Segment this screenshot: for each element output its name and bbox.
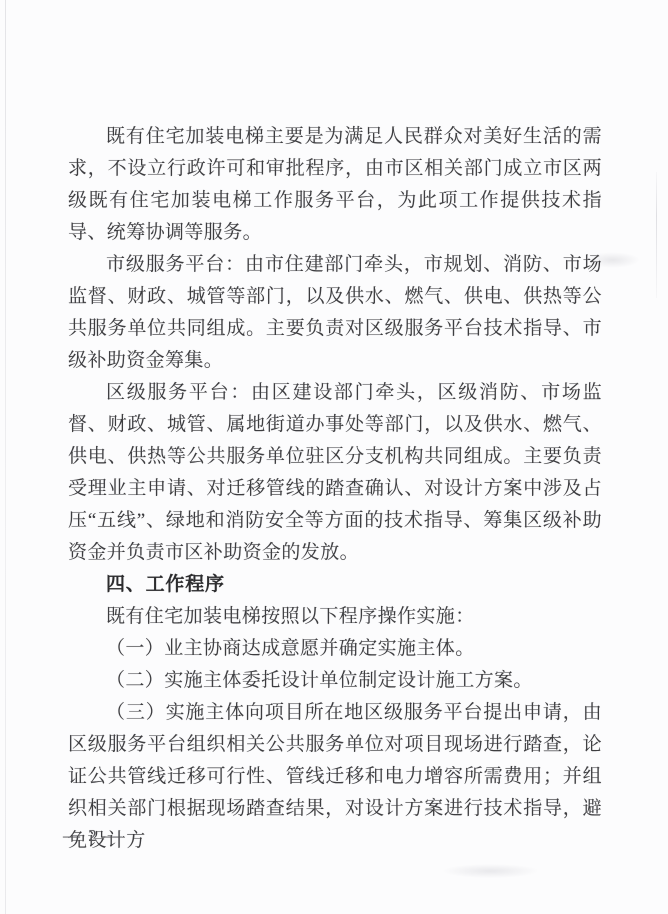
paragraph-procedure-intro: 既有住宅加装电梯按照以下程序操作实施： [68,601,602,633]
section-heading-work-procedure: 四、工作程序 [68,569,602,601]
page-number: — 2 — [63,824,124,848]
scan-edge-left-artifact [5,0,6,914]
document-page: 既有住宅加装电梯主要是为满足人民群众对美好生活的需求，不设立行政许可和审批程序，… [0,0,668,914]
paragraph-step-3: （三）实施主体向项目所在地区级服务平台提出申请，由区级服务平台组织相关公共服务单… [68,697,602,857]
paragraph-district-platform: 区级服务平台：由区建设部门牵头，区级消防、市场监督、财政、城管、属地街道办事处等… [68,377,602,569]
paragraph-intro: 既有住宅加装电梯主要是为满足人民群众对美好生活的需求，不设立行政许可和审批程序，… [68,121,602,249]
scan-smudge [443,864,538,878]
paragraph-city-platform: 市级服务平台：由市住建部门牵头，市规划、消防、市场监督、财政、城管等部门，以及供… [68,249,602,377]
paragraph-step-1: （一）业主协商达成意愿并确定实施主体。 [68,633,602,665]
document-body: 既有住宅加装电梯主要是为满足人民群众对美好生活的需求，不设立行政许可和审批程序，… [68,121,602,857]
scan-edge-right-artifact [656,172,657,298]
paragraph-step-2: （二）实施主体委托设计单位制定设计施工方案。 [68,665,602,697]
